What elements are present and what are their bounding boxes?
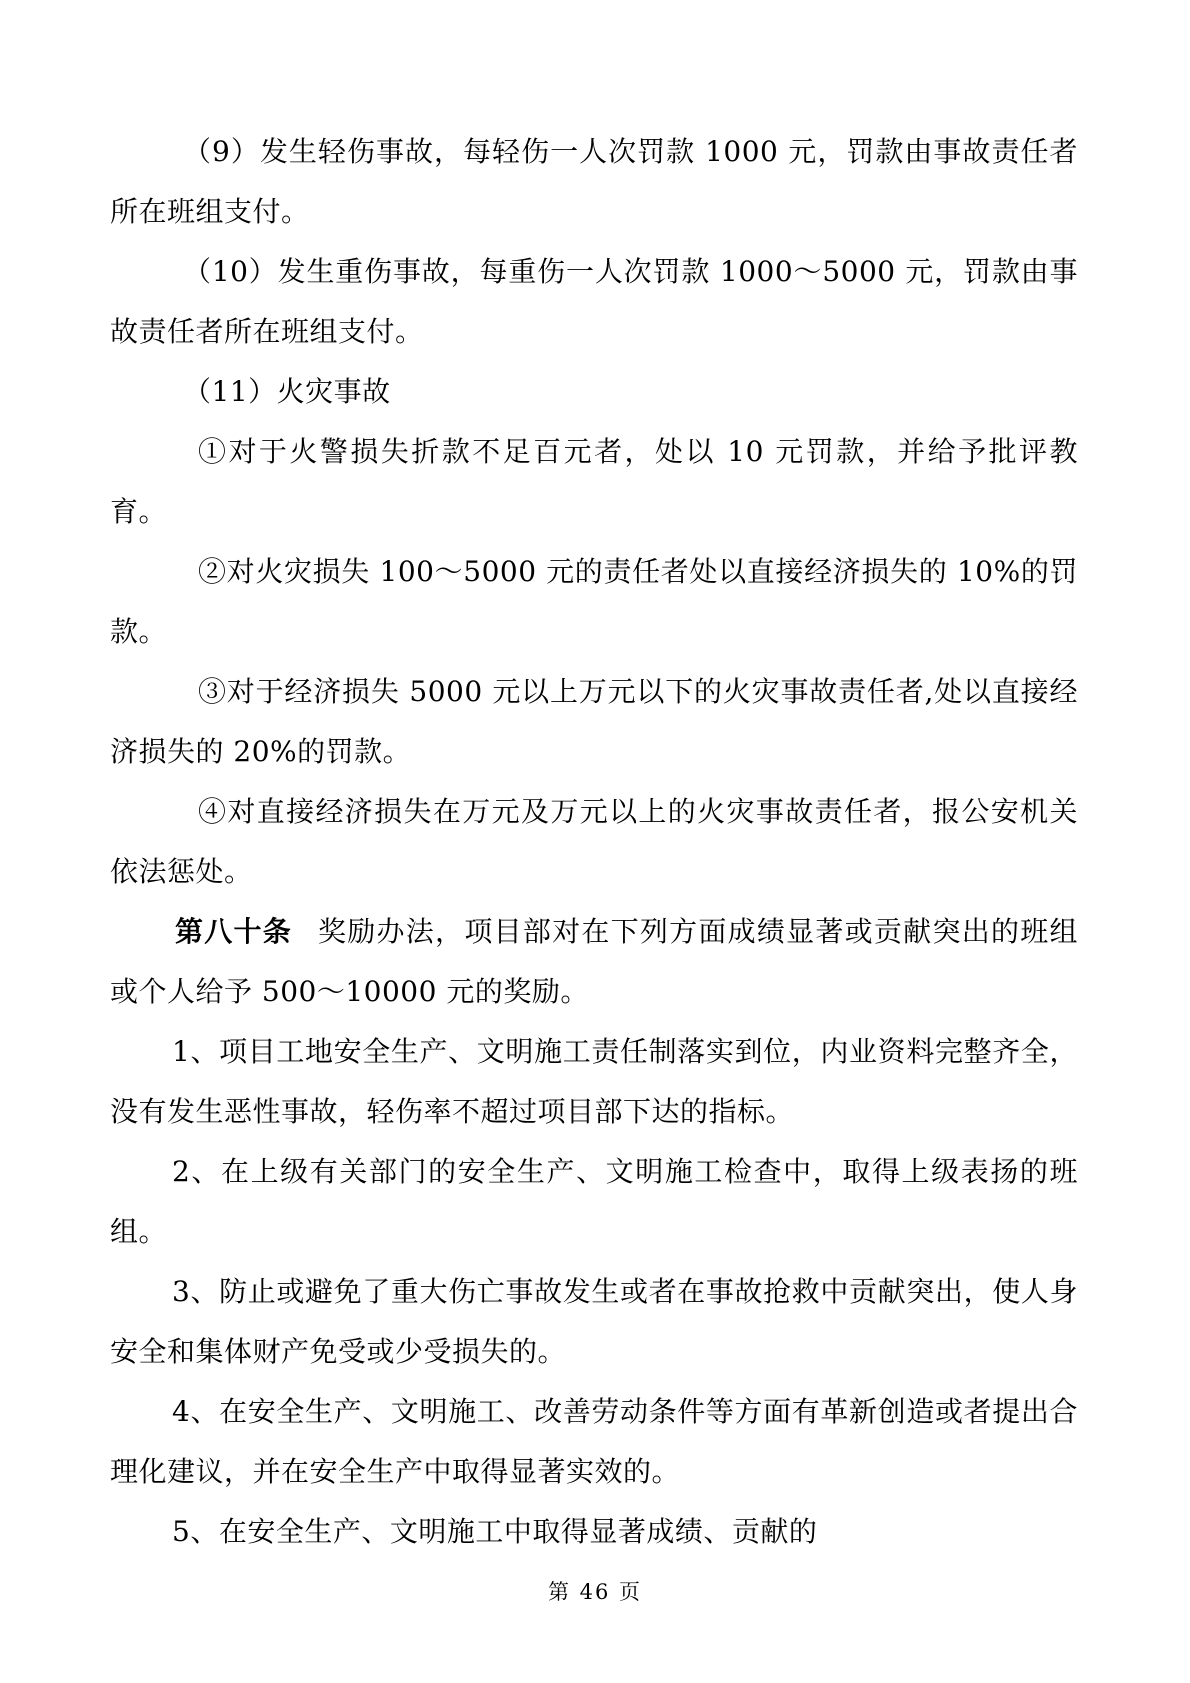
fire-penalty-item-4: ④对直接经济损失在万元及万元以上的火灾事故责任者，报公安机关依法惩处。 [110, 782, 1078, 902]
award-item-2: 2、在上级有关部门的安全生产、文明施工检查中，取得上级表扬的班组。 [110, 1142, 1078, 1262]
penalty-paragraph-9: （9）发生轻伤事故，每轻伤一人次罚款 1000 元，罚款由事故责任者所在班组支付… [110, 122, 1078, 242]
award-item-3: 3、防止或避免了重大伤亡事故发生或者在事故抢救中贡献突出，使人身安全和集体财产免… [110, 1262, 1078, 1382]
article-80-paragraph: 第八十条奖励办法，项目部对在下列方面成绩显著或贡献突出的班组或个人给予 500～… [110, 902, 1078, 1022]
award-item-5: 5、在安全生产、文明施工中取得显著成绩、贡献的 [110, 1502, 1078, 1562]
fire-penalty-item-1: ①对于火警损失折款不足百元者，处以 10 元罚款，并给予批评教育。 [110, 422, 1078, 542]
penalty-paragraph-11: （11）火灾事故 [110, 362, 1078, 422]
document-body: （9）发生轻伤事故，每轻伤一人次罚款 1000 元，罚款由事故责任者所在班组支付… [110, 122, 1078, 1562]
fire-penalty-item-3: ③对于经济损失 5000 元以上万元以下的火灾事故责任者,处以直接经济损失的 2… [110, 662, 1078, 782]
award-item-1: 1、项目工地安全生产、文明施工责任制落实到位，内业资料完整齐全，没有发生恶性事故… [110, 1022, 1078, 1142]
document-page: （9）发生轻伤事故，每轻伤一人次罚款 1000 元，罚款由事故责任者所在班组支付… [0, 0, 1190, 1683]
penalty-paragraph-10: （10）发生重伤事故，每重伤一人次罚款 1000～5000 元，罚款由事故责任者… [110, 242, 1078, 362]
award-item-4: 4、在安全生产、文明施工、改善劳动条件等方面有革新创造或者提出合理化建议，并在安… [110, 1382, 1078, 1502]
fire-penalty-item-2: ②对火灾损失 100～5000 元的责任者处以直接经济损失的 10%的罚款。 [110, 542, 1078, 662]
page-number-footer: 第 46 页 [0, 1577, 1190, 1607]
article-80-number: 第八十条 [175, 915, 292, 948]
